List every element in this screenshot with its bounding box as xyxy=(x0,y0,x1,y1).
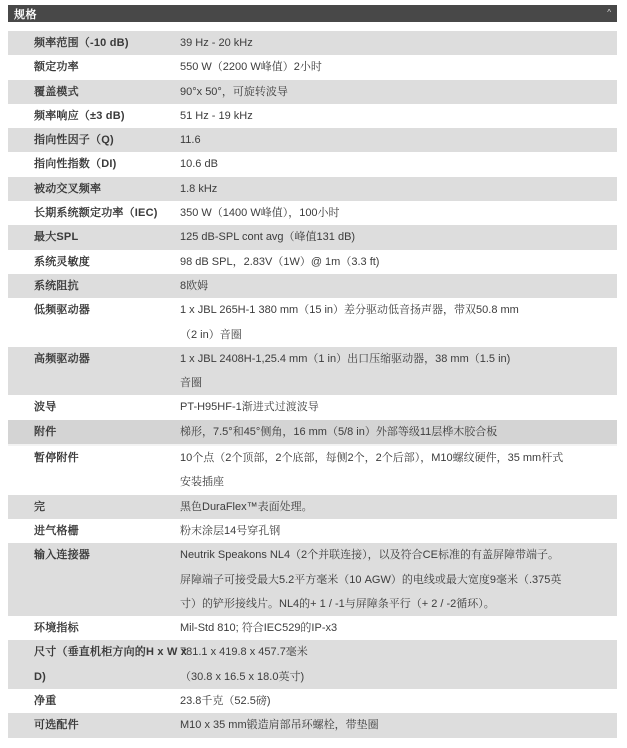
spec-label: 覆盖模式 xyxy=(8,80,180,104)
spec-label-text: D) xyxy=(34,665,180,689)
spec-value-text: 梯形，7.5°和45°侧角，16 mm（5/8 in）外部等级11层桦木胶合板 xyxy=(180,420,599,444)
spec-value: 1.8 kHz xyxy=(180,177,617,201)
spec-label-text: 环境指标 xyxy=(34,616,180,640)
spec-value-text: 黑色DuraFlex™表面处理。 xyxy=(180,495,599,519)
spec-value: 粉末涂层14号穿孔钢 xyxy=(180,519,617,543)
spec-label-text: 进气格栅 xyxy=(34,519,180,543)
spec-label-text: 频率响应（±3 dB) xyxy=(34,104,180,128)
spec-value: 781.1 x 419.8 x 457.7毫米 （30.8 x 16.5 x 1… xyxy=(180,640,617,689)
spec-value-text: 10个点（2个顶部，2个底部，每侧2个，2个后部），M10螺纹硬件，35 mm杆… xyxy=(180,446,599,470)
spec-label-text: 被动交叉频率 xyxy=(34,177,180,201)
spec-label: 可选配件 xyxy=(8,713,180,737)
spec-value: 10.6 dB xyxy=(180,152,617,176)
spec-value-text: 51 Hz - 19 kHz xyxy=(180,104,599,128)
spec-label-text: 长期系统额定功率（IEC) xyxy=(34,201,180,225)
spec-value: Neutrik Speakons NL4（2个并联连接），以及符合CE标准的有盖… xyxy=(180,543,617,616)
spec-label: 频率范围（-10 dB) xyxy=(8,31,180,55)
spec-label: 系统灵敏度 xyxy=(8,250,180,274)
spec-row: 指向性指数（DI) 10.6 dB xyxy=(8,152,617,176)
spec-label: 波导 xyxy=(8,395,180,419)
spec-label-text: 低频驱动器 xyxy=(34,298,180,322)
spec-label-text: 可选配件 xyxy=(34,713,180,737)
spec-label: 完 xyxy=(8,495,180,519)
spec-label-text: 输入连接器 xyxy=(34,543,180,567)
spec-value: 10个点（2个顶部，2个底部，每侧2个，2个后部），M10螺纹硬件，35 mm杆… xyxy=(180,446,617,495)
spec-row: 波导 PT-H95HF-1渐进式过渡波导 xyxy=(8,395,617,419)
spec-row: 低频驱动器 1 x JBL 265H-1 380 mm（15 in）差分驱动低音… xyxy=(8,298,617,347)
spec-value-text: 98 dB SPL，2.83V（1W）@ 1m（3.3 ft) xyxy=(180,250,599,274)
spec-label: 附件 xyxy=(8,420,180,444)
spec-row: 最大SPL 125 dB-SPL cont avg（峰值131 dB) xyxy=(8,225,617,249)
spec-label: 进气格栅 xyxy=(8,519,180,543)
spec-value: 350 W（1400 W峰值），100小时 xyxy=(180,201,617,225)
spec-value: 125 dB-SPL cont avg（峰值131 dB) xyxy=(180,225,617,249)
spec-value-text: 8欧姆 xyxy=(180,274,599,298)
spec-value-text: 23.8千克（52.5磅) xyxy=(180,689,599,713)
spec-value-text: 1 x JBL 2408H-1,25.4 mm（1 in）出口压缩驱动器，38 … xyxy=(180,347,599,371)
spec-row: 系统阻抗 8欧姆 xyxy=(8,274,617,298)
spec-row: 完 黑色DuraFlex™表面处理。 xyxy=(8,495,617,519)
spec-label-text: 最大SPL xyxy=(34,225,180,249)
spec-label: 系统阻抗 xyxy=(8,274,180,298)
spec-value-text: 寸）的铲形接线片。NL4的+ 1 / -1与屏障条平行（+ 2 / -2循环）。 xyxy=(180,592,599,616)
spec-value-text: 安装插座 xyxy=(180,470,599,494)
spec-value: 1 x JBL 2408H-1,25.4 mm（1 in）出口压缩驱动器，38 … xyxy=(180,347,617,396)
spec-table: 频率范围（-10 dB) 39 Hz - 20 kHz 额定功率 550 W（2… xyxy=(8,31,617,738)
spec-label: 尺寸（垂直机柜方向的H x W x D) xyxy=(8,640,180,689)
spec-value-text: 1.8 kHz xyxy=(180,177,599,201)
spec-value-text: Mil-Std 810; 符合IEC529的IP-x3 xyxy=(180,616,599,640)
spec-row: 可选配件 M10 x 35 mm锻造肩部吊环螺栓，带垫圈 xyxy=(8,713,617,737)
spec-value: 黑色DuraFlex™表面处理。 xyxy=(180,495,617,519)
spec-row: 附件 梯形，7.5°和45°侧角，16 mm（5/8 in）外部等级11层桦木胶… xyxy=(8,420,617,446)
spec-value: 1 x JBL 265H-1 380 mm（15 in）差分驱动低音扬声器，带双… xyxy=(180,298,617,347)
spec-label: 输入连接器 xyxy=(8,543,180,567)
spec-value: 550 W（2200 W峰值）2小时 xyxy=(180,55,617,79)
spec-value-text: Neutrik Speakons NL4（2个并联连接），以及符合CE标准的有盖… xyxy=(180,543,599,567)
spec-value-text: 1 x JBL 265H-1 380 mm（15 in）差分驱动低音扬声器，带双… xyxy=(180,298,599,322)
spec-label-text: 高频驱动器 xyxy=(34,347,180,371)
spec-label: 额定功率 xyxy=(8,55,180,79)
spec-value-text: （2 in）音圈 xyxy=(180,323,599,347)
spec-label: 高频驱动器 xyxy=(8,347,180,371)
spec-value-text: 粉末涂层14号穿孔钢 xyxy=(180,519,599,543)
spec-label-text: 净重 xyxy=(34,689,180,713)
spec-row: 长期系统额定功率（IEC) 350 W（1400 W峰值），100小时 xyxy=(8,201,617,225)
spec-label: 低频驱动器 xyxy=(8,298,180,322)
spec-label-text: 暂停附件 xyxy=(34,446,180,470)
spec-label-text: 频率范围（-10 dB) xyxy=(34,31,180,55)
spec-row: 频率响应（±3 dB) 51 Hz - 19 kHz xyxy=(8,104,617,128)
spec-row: 环境指标 Mil-Std 810; 符合IEC529的IP-x3 xyxy=(8,616,617,640)
spec-value-text: PT-H95HF-1渐进式过渡波导 xyxy=(180,395,599,419)
spec-value-text: （30.8 x 16.5 x 18.0英寸) xyxy=(180,665,599,689)
spec-value: 51 Hz - 19 kHz xyxy=(180,104,617,128)
spec-label-text: 附件 xyxy=(34,420,180,444)
spec-label: 频率响应（±3 dB) xyxy=(8,104,180,128)
spec-value: M10 x 35 mm锻造肩部吊环螺栓，带垫圈 xyxy=(180,713,617,737)
spec-label-text: 指向性因子（Q) xyxy=(34,128,180,152)
spec-label-text: 系统阻抗 xyxy=(34,274,180,298)
spec-value: 90°x 50°，可旋转波导 xyxy=(180,80,617,104)
spec-label: 净重 xyxy=(8,689,180,713)
spec-row: 净重 23.8千克（52.5磅) xyxy=(8,689,617,713)
spec-label: 长期系统额定功率（IEC) xyxy=(8,201,180,225)
spec-value-text: M10 x 35 mm锻造肩部吊环螺栓，带垫圈 xyxy=(180,713,599,737)
spec-label-text: 完 xyxy=(34,495,180,519)
spec-label: 暂停附件 xyxy=(8,446,180,470)
spec-value: Mil-Std 810; 符合IEC529的IP-x3 xyxy=(180,616,617,640)
spec-value: 8欧姆 xyxy=(180,274,617,298)
spec-label: 指向性指数（DI) xyxy=(8,152,180,176)
spec-value-text: 781.1 x 419.8 x 457.7毫米 xyxy=(180,640,599,664)
spec-value: 11.6 xyxy=(180,128,617,152)
spec-label-text: 尺寸（垂直机柜方向的H x W x xyxy=(34,640,180,664)
spec-value-text: 350 W（1400 W峰值），100小时 xyxy=(180,201,599,225)
specifications-header[interactable]: 规格 ^ xyxy=(8,5,617,22)
spec-label-text: 覆盖模式 xyxy=(34,80,180,104)
spec-row: 额定功率 550 W（2200 W峰值）2小时 xyxy=(8,55,617,79)
spec-value-text: 550 W（2200 W峰值）2小时 xyxy=(180,55,599,79)
spec-value-text: 90°x 50°，可旋转波导 xyxy=(180,80,599,104)
chevron-up-icon[interactable]: ^ xyxy=(607,9,611,17)
panel-title: 规格 xyxy=(14,6,37,22)
spec-row: 暂停附件 10个点（2个顶部，2个底部，每侧2个，2个后部），M10螺纹硬件，3… xyxy=(8,446,617,495)
spec-row: 频率范围（-10 dB) 39 Hz - 20 kHz xyxy=(8,31,617,55)
spec-value: 23.8千克（52.5磅) xyxy=(180,689,617,713)
spec-label: 指向性因子（Q) xyxy=(8,128,180,152)
spec-row: 覆盖模式 90°x 50°，可旋转波导 xyxy=(8,80,617,104)
spec-label-text: 波导 xyxy=(34,395,180,419)
spec-label-text: 指向性指数（DI) xyxy=(34,152,180,176)
spec-label: 环境指标 xyxy=(8,616,180,640)
spec-label-text: 额定功率 xyxy=(34,55,180,79)
spec-row: 被动交叉频率 1.8 kHz xyxy=(8,177,617,201)
spec-row: 系统灵敏度 98 dB SPL，2.83V（1W）@ 1m（3.3 ft) xyxy=(8,250,617,274)
spec-row: 进气格栅 粉末涂层14号穿孔钢 xyxy=(8,519,617,543)
specifications-panel: 规格 ^ 频率范围（-10 dB) 39 Hz - 20 kHz 额定功率 55… xyxy=(8,5,617,738)
spec-value-text: 10.6 dB xyxy=(180,152,599,176)
spec-label: 最大SPL xyxy=(8,225,180,249)
spec-row: 指向性因子（Q) 11.6 xyxy=(8,128,617,152)
spec-value-text: 39 Hz - 20 kHz xyxy=(180,31,599,55)
spec-value-text: 音圈 xyxy=(180,371,599,395)
spec-value-text: 11.6 xyxy=(180,128,599,152)
spec-label-text: 系统灵敏度 xyxy=(34,250,180,274)
spec-row: 高频驱动器 1 x JBL 2408H-1,25.4 mm（1 in）出口压缩驱… xyxy=(8,347,617,396)
spec-value: PT-H95HF-1渐进式过渡波导 xyxy=(180,395,617,419)
spec-value-text: 125 dB-SPL cont avg（峰值131 dB) xyxy=(180,225,599,249)
spec-value-text: 屏障端子可接受最大5.2平方毫米（10 AGW）的电线或最大宽度9毫米（.375… xyxy=(180,568,599,592)
spec-value: 98 dB SPL，2.83V（1W）@ 1m（3.3 ft) xyxy=(180,250,617,274)
spec-row: 尺寸（垂直机柜方向的H x W x D) 781.1 x 419.8 x 457… xyxy=(8,640,617,689)
spec-label: 被动交叉频率 xyxy=(8,177,180,201)
spec-row: 输入连接器 Neutrik Speakons NL4（2个并联连接），以及符合C… xyxy=(8,543,617,616)
spec-value: 梯形，7.5°和45°侧角，16 mm（5/8 in）外部等级11层桦木胶合板 xyxy=(180,420,617,444)
spec-value: 39 Hz - 20 kHz xyxy=(180,31,617,55)
